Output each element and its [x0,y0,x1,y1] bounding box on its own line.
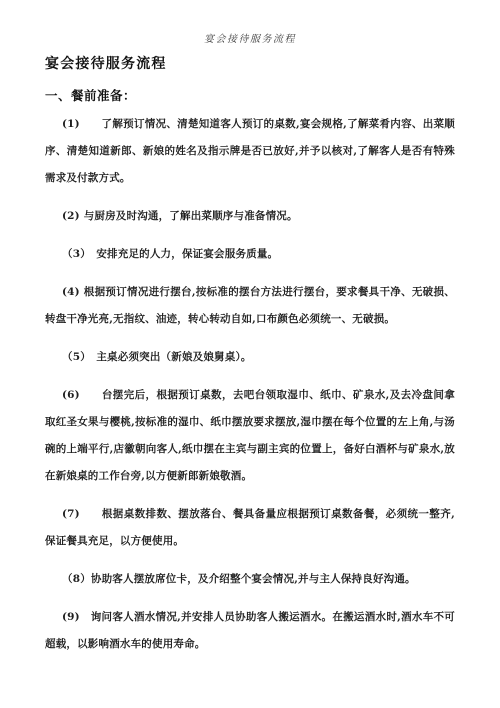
paragraph-4: (4) 根据预订情况进行摆台,按标准的摆台方法进行摆台，要求餐具干净、无破损、转… [45,279,455,333]
page-header: 宴会接待服务流程 [45,33,455,46]
paragraph-9: (9) 询问客人酒水情况,并安排人员协助客人搬运酒水。在搬运酒水时,酒水车不可超… [45,604,455,658]
section-heading: 一、餐前准备： [45,88,455,103]
document-body: (1) 了解预订情况、清楚知道客人预订的桌数,宴会规格,了解菜肴内容、出菜顺序、… [45,111,455,658]
document-title: 宴会接待服务流程 [45,56,455,73]
paragraph-5: （5） 主桌必须突出（新娘及娘舅桌）。 [45,344,455,371]
paragraph-8: （8）协助客人摆放席位卡，及介绍整个宴会情况,并与主人保持良好沟通。 [45,566,455,593]
paragraph-7: (7) 根据桌数排数、摆放落台、餐具备量应根据预订桌数备餐，必须统一整齐,保证餐… [45,501,455,555]
paragraph-6: (6) 台摆完后，根据预订桌数，去吧台领取湿巾、纸巾、矿泉水,及去冷盘间拿取红圣… [45,382,455,490]
document-page: 宴会接待服务流程 宴会接待服务流程 一、餐前准备： (1) 了解预订情况、清楚知… [0,0,500,708]
paragraph-3: （3） 安排充足的人力，保证宴会服务质量。 [45,241,455,268]
paragraph-1: (1) 了解预订情况、清楚知道客人预订的桌数,宴会规格,了解菜肴内容、出菜顺序、… [45,111,455,192]
paragraph-2: (2) 与厨房及时沟通，了解出菜顺序与准备情况。 [45,203,455,230]
